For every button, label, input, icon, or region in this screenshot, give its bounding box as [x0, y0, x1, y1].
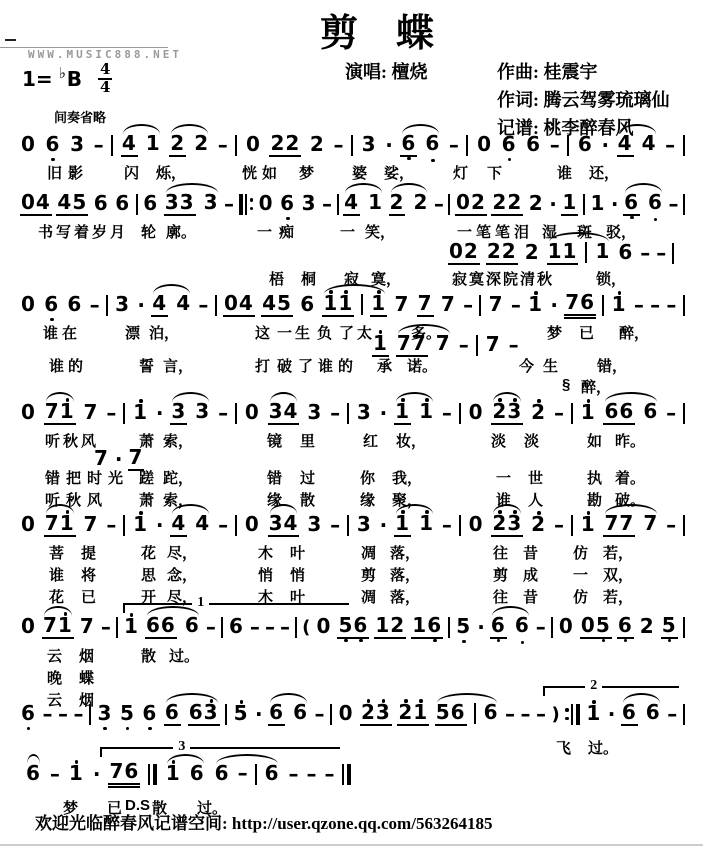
lyric-syllable: 如	[262, 162, 277, 183]
lyric-syllable: 成	[523, 564, 538, 585]
note: 1	[589, 193, 606, 215]
lyric-syllable: 听	[45, 430, 60, 451]
barline-thin	[295, 616, 297, 638]
note: 6	[279, 193, 296, 215]
key-signature: 1=♭B 4 4	[22, 62, 112, 96]
note: 6	[142, 193, 159, 215]
lyric-syllable: 木	[258, 542, 273, 563]
lyric-syllable: 寂	[452, 268, 467, 289]
lyric-syllable: 寞	[469, 268, 484, 289]
note: 0	[20, 616, 37, 638]
lyric-syllable: 悄	[258, 564, 273, 585]
lyric-syllable: 梧	[269, 268, 284, 289]
duration-dash: –	[218, 403, 228, 424]
flat-icon: ♭	[59, 64, 66, 82]
note: 3	[356, 402, 373, 424]
note: 1	[580, 514, 597, 536]
barline-thin	[235, 514, 237, 536]
lyric-syllable: 双，	[603, 564, 633, 585]
note: 2	[639, 616, 656, 638]
lyric-syllable: 错	[267, 467, 282, 488]
note: 0	[20, 514, 37, 536]
note: 2	[530, 514, 547, 536]
lyric-syllable: 一	[496, 467, 511, 488]
note: 7	[440, 294, 457, 316]
lyric-line: §醉，	[0, 376, 703, 396]
lyric-syllable: 秋	[63, 430, 78, 451]
note: 1	[585, 703, 602, 725]
duration-dash: –	[554, 403, 564, 424]
note: 22	[269, 133, 301, 157]
lyric-syllable: 着	[74, 221, 89, 242]
note: 0	[245, 134, 262, 156]
augmentation-dot: ·	[156, 515, 164, 536]
lyric-syllable: 这	[255, 322, 270, 343]
note: 1	[394, 513, 411, 537]
lyric-syllable: 梦	[299, 162, 314, 183]
duration-dash: –	[550, 135, 560, 156]
lyric-syllable: 昔	[523, 586, 538, 607]
duration-dash: –	[50, 764, 60, 785]
note: 4	[617, 133, 634, 157]
note: 6	[228, 616, 245, 638]
lyric-syllable: 过	[300, 467, 315, 488]
lyric-syllable: 里	[300, 430, 315, 451]
lyric-syllable: 勘	[587, 489, 602, 510]
note: 0	[315, 616, 332, 638]
lyric-line: 花已开尽，木叶凋落，往昔仿若，	[0, 586, 703, 606]
note: 2	[524, 242, 541, 264]
note: 6	[514, 615, 531, 639]
lyric-syllable: 落，	[390, 564, 420, 585]
augmentation-dot: ·	[156, 403, 164, 424]
augmentation-dot: ·	[550, 295, 558, 316]
lyric-syllable: 承	[377, 355, 392, 376]
lyric-syllable: 影	[68, 162, 83, 183]
lyric-syllable: 破	[277, 355, 292, 376]
note: 3	[203, 192, 220, 216]
lyric-syllable: 生	[543, 355, 558, 376]
note: 3	[97, 703, 114, 725]
duration-dash: –	[554, 515, 564, 536]
note-line: 022221116––	[448, 241, 674, 265]
lyric-syllable: 谁	[318, 355, 333, 376]
duration-dash: –	[330, 403, 340, 424]
note: 33	[164, 192, 196, 216]
lyric-syllable: 烟	[79, 645, 94, 666]
duration-dash: –	[656, 243, 666, 264]
note: 6	[264, 763, 281, 785]
paren: (	[302, 617, 310, 638]
lyric-syllable: 往	[493, 586, 508, 607]
barline-thin	[111, 134, 113, 156]
volta-number: 1	[192, 595, 209, 611]
slur-group: 41	[121, 133, 162, 157]
lyric-syllable: 桐	[301, 268, 316, 289]
lyric-syllable: 往	[493, 542, 508, 563]
note: 2	[389, 192, 406, 216]
lyric-syllable: 落，	[390, 542, 420, 563]
slur-group: 11	[394, 401, 435, 425]
lyricist-credit: 作词: 腾云驾雾琉璃仙	[497, 86, 670, 112]
note: 1	[123, 616, 140, 638]
note: 4	[175, 293, 192, 317]
note: 11	[322, 293, 354, 317]
note: 6	[141, 703, 158, 725]
lyric-syllable: 醉，	[581, 376, 611, 397]
lyric-syllable: 如	[587, 430, 602, 451]
slur-group: 333	[164, 192, 220, 216]
lyric-syllable: 还，	[589, 162, 619, 183]
lyric-line: 云烟散过。	[0, 645, 703, 665]
duration-dash: –	[101, 617, 111, 638]
lyric-syllable: 婆	[352, 162, 367, 183]
note: 0	[244, 402, 261, 424]
slur-group: 111	[547, 241, 612, 265]
lyric-syllable: 负	[317, 322, 332, 343]
note: 63	[188, 702, 220, 726]
barline-thin	[235, 134, 237, 156]
lyric-syllable: 谁	[49, 355, 64, 376]
note: 0	[20, 294, 37, 316]
note: 6	[20, 703, 37, 725]
augmentation-dot: ·	[477, 617, 485, 638]
barline-thin	[448, 193, 450, 215]
note: 16	[411, 615, 443, 639]
lyric-syllable: 一	[573, 564, 588, 585]
note: 1	[394, 401, 411, 425]
note: 1	[370, 293, 387, 317]
augmentation-dot: ·	[385, 135, 393, 156]
duration-dash: –	[218, 515, 228, 536]
lyric-syllable: 凋	[361, 542, 376, 563]
lyric-syllable: 在	[62, 322, 77, 343]
lyric-syllable: 过。	[588, 737, 618, 758]
lyric-syllable: 痴	[279, 221, 294, 242]
barline-thin	[337, 193, 339, 215]
slur-group: 23	[491, 401, 523, 425]
slur-group: 777	[603, 513, 659, 537]
note: 5	[661, 615, 678, 639]
barline-thin	[459, 514, 461, 536]
note: 23	[360, 702, 392, 726]
lyric-syllable: 娑，	[384, 162, 414, 183]
note: 1	[561, 192, 578, 216]
note: 6	[424, 133, 441, 157]
note: 0	[20, 134, 37, 156]
note: 2	[193, 133, 210, 157]
augmentation-dot: ·	[137, 295, 145, 316]
duration-dash: –	[42, 704, 52, 725]
barline-thin	[351, 134, 353, 156]
duration-dash: –	[90, 295, 100, 316]
note: 6	[577, 134, 594, 156]
lyric-syllable: 把	[66, 467, 81, 488]
duration-dash: –	[58, 704, 68, 725]
note: 6	[647, 192, 664, 216]
note: 6	[400, 133, 417, 157]
lyric-syllable: 红	[363, 430, 378, 451]
note: 1	[132, 514, 149, 536]
note: 5	[455, 616, 472, 638]
barline-thin	[255, 763, 257, 785]
barline-thin	[683, 193, 685, 215]
note: 71	[42, 615, 74, 639]
lyric-syllable: 诺。	[407, 355, 437, 376]
duration-dash: –	[265, 617, 275, 638]
note: 2	[412, 192, 429, 216]
slur-group: 6–6	[214, 763, 281, 785]
lyric-syllable: 悄	[290, 564, 305, 585]
lyric-syllable: 光	[108, 467, 123, 488]
note: 0	[468, 402, 485, 424]
duration-dash: –	[106, 403, 116, 424]
lyric-syllable: 花	[49, 586, 64, 607]
volta-bracket: 2	[543, 686, 679, 696]
note: 1	[132, 402, 149, 424]
sheet-music-page: WWW.MUSIC888.NET 剪 蝶 演唱: 檀烧 作曲: 桂震宇 作词: …	[0, 0, 703, 846]
note: 12	[374, 615, 406, 639]
lyric-syllable: 萧	[139, 489, 154, 510]
note: 22	[491, 192, 523, 216]
duration-dash: –	[511, 295, 521, 316]
slur-group: 71	[42, 615, 74, 639]
note: 2	[530, 402, 547, 424]
lyric-syllable: 我，	[392, 467, 422, 488]
lyric-line: 错把时光蹉跎，错过你我，一世执着。	[0, 467, 703, 487]
note: 0	[20, 402, 37, 424]
note: 1	[367, 192, 384, 216]
note-line: 063–4122–0222–3·66–066–6·44–	[20, 133, 685, 157]
barline-thin	[347, 514, 349, 536]
note: 6	[114, 193, 131, 215]
duration-dash: –	[288, 764, 298, 785]
note-line: 6–1·76166–6–––	[25, 762, 351, 786]
duration-dash: –	[330, 515, 340, 536]
lyric-syllable: 漂	[125, 322, 140, 343]
note: 0	[258, 193, 275, 215]
augmentation-dot: ·	[601, 135, 609, 156]
barline-thin	[235, 402, 237, 424]
note: 6	[189, 763, 206, 785]
note: 3	[356, 514, 373, 536]
note: 4	[121, 133, 138, 157]
note: 6	[164, 702, 181, 726]
lyric-syllable: 言，	[163, 355, 193, 376]
lyric-syllable: 烁，	[156, 162, 186, 183]
note: 6	[617, 615, 634, 639]
note: 0	[468, 514, 485, 536]
slur-group: 41	[343, 192, 384, 216]
duration-dash: –	[442, 403, 452, 424]
slur-group: 66	[490, 615, 531, 639]
slur-group: 111	[322, 293, 387, 317]
lyric-syllable: 将	[81, 564, 96, 585]
note: 3	[306, 402, 323, 424]
lyric-syllable: 蹉	[139, 467, 154, 488]
lyric-syllable: 尽，	[167, 542, 197, 563]
duration-dash: –	[280, 617, 290, 638]
time-signature: 4 4	[98, 62, 112, 96]
slur-group: 71	[44, 401, 76, 425]
lyric-syllable: 妆，	[396, 430, 426, 451]
lyric-syllable: 若，	[603, 586, 633, 607]
slur-group: 44	[170, 513, 211, 537]
lyric-line: 听秋风萧索，缘散缘聚，谁人勘破。	[0, 489, 703, 509]
note: 6	[214, 763, 231, 785]
note: 6	[45, 134, 62, 156]
note: 4	[641, 133, 658, 157]
volta-bracket: 3	[100, 747, 340, 757]
duration-dash: –	[667, 704, 677, 725]
note: 3	[361, 134, 378, 156]
note: 02	[448, 241, 480, 265]
note-line: 1777–7–	[372, 333, 519, 357]
note-line: 0717–1666–6–––(05612165·66–005625	[20, 615, 685, 639]
duration-dash: –	[521, 704, 531, 725]
duration-dash: –	[536, 617, 546, 638]
volta-number: 2	[585, 678, 602, 694]
lyric-syllable: 书	[38, 221, 53, 242]
duration-dash: –	[640, 243, 650, 264]
lyric-syllable: 廓。	[166, 221, 196, 242]
slur-group: 11	[394, 513, 435, 537]
note: 1	[594, 241, 611, 265]
barline-thin	[225, 703, 227, 725]
note: 76	[108, 761, 140, 788]
barline-thin	[476, 334, 478, 356]
barline-begin	[239, 193, 254, 215]
augmentation-dot: ·	[93, 764, 101, 785]
note: 0	[476, 134, 493, 156]
lyric-syllable: 月	[110, 221, 125, 242]
note: 1	[165, 763, 182, 785]
note: 5	[233, 703, 250, 725]
barline-thin	[466, 134, 468, 156]
note: 6	[525, 134, 542, 156]
note: 04	[20, 192, 52, 216]
barline-thin	[361, 293, 363, 315]
lyric-syllable: 过。	[169, 645, 199, 666]
note: 23	[491, 513, 523, 537]
barline-thin	[347, 402, 349, 424]
note-line: 6–––3566635·66–02321566–––)1·66–	[20, 702, 685, 726]
note: 22	[486, 241, 518, 265]
note: 7	[83, 514, 100, 536]
lyric-syllable: §	[562, 376, 570, 393]
slur-group: 6	[25, 763, 42, 785]
lyric-syllable: 风	[87, 489, 102, 510]
duration-dash: –	[73, 704, 83, 725]
lyric-line: 谁在漂泊，这一生负了太多。梦已醉，	[0, 322, 703, 342]
barline-thin	[571, 514, 573, 536]
barline-thin	[459, 402, 461, 424]
note: 7	[79, 616, 96, 638]
duration-dash: –	[224, 194, 234, 215]
slur-group: 66	[400, 133, 441, 157]
duration-dash: –	[94, 135, 104, 156]
lyric-syllable: 灯	[453, 162, 468, 183]
barline-thin	[571, 402, 573, 424]
lyric-syllable: 昔	[523, 542, 538, 563]
lyric-syllable: 一	[340, 221, 355, 242]
note: 3	[170, 401, 187, 425]
slur-group: 777	[396, 333, 452, 357]
lyric-syllable: 谁	[557, 162, 572, 183]
lyric-syllable: 你	[360, 467, 375, 488]
duration-dash: –	[322, 194, 332, 215]
lyric-syllable: 剪	[361, 564, 376, 585]
lyric-syllable: 的	[68, 355, 83, 376]
lyric-syllable: 驳，	[606, 221, 636, 242]
note-line: 0445666333–063–4122–02222·11·66–	[20, 192, 685, 216]
note: 71	[44, 513, 76, 537]
barline-thin	[551, 616, 553, 638]
note: 3	[306, 514, 323, 536]
note: 45	[56, 192, 88, 216]
barline-thin	[89, 703, 91, 725]
lyric-syllable: 淡	[524, 430, 539, 451]
note: 66	[145, 615, 177, 639]
lyric-syllable: 晚	[47, 667, 62, 688]
slur-group: 33	[170, 401, 211, 425]
slur-group: 663	[164, 702, 220, 726]
footer-promo: 欢迎光临醉春风记谱空间: http://user.qzone.qq.com/56…	[35, 809, 492, 834]
barline-thin	[123, 514, 125, 536]
barline-thin	[479, 294, 481, 316]
key-prefix: 1=	[22, 67, 53, 91]
note: 6	[184, 615, 201, 639]
note: 4	[194, 513, 211, 537]
lyric-syllable: 淡	[491, 430, 506, 451]
note: 7	[83, 402, 100, 424]
lyric-syllable: 已	[579, 322, 594, 343]
lyric-syllable: 恍	[242, 162, 257, 183]
slur-group: 66	[621, 702, 662, 726]
slur-group: 44	[617, 133, 658, 157]
slur-group: 44	[151, 293, 192, 317]
lyric-syllable: 泊，	[149, 322, 179, 343]
duration-dash: –	[666, 403, 676, 424]
lyric-syllable: 誓	[139, 355, 154, 376]
note: 6	[483, 702, 500, 726]
song-title: 剪 蝶	[320, 2, 434, 57]
lyric-syllable: 落，	[390, 586, 420, 607]
note: 4	[343, 192, 360, 216]
note: 2	[309, 134, 326, 156]
note: 77	[396, 333, 428, 357]
note: 1	[418, 401, 435, 425]
note: 6	[43, 294, 60, 316]
lyric-syllable: 跎，	[163, 467, 193, 488]
lyric-syllable: 缘	[360, 489, 375, 510]
duration-dash: –	[198, 295, 208, 316]
barline-thin	[116, 616, 118, 638]
lyric-line: 旧影闪烁，恍如梦婆娑，灯下谁还，	[0, 162, 703, 182]
duration-dash: –	[536, 704, 546, 725]
lyric-syllable: 叶	[290, 542, 305, 563]
duration-dash: –	[505, 704, 515, 725]
composer-credit: 作曲: 桂震宇	[497, 58, 598, 84]
note: 6	[623, 192, 640, 216]
lyric-syllable: 谁	[49, 564, 64, 585]
augmentation-dot: ·	[255, 704, 263, 725]
lyric-syllable: 剪	[493, 564, 508, 585]
note: 7	[488, 294, 505, 316]
slur-group: 66	[623, 192, 664, 216]
barline-thin	[474, 702, 476, 724]
lyric-syllable: 菩	[49, 542, 64, 563]
